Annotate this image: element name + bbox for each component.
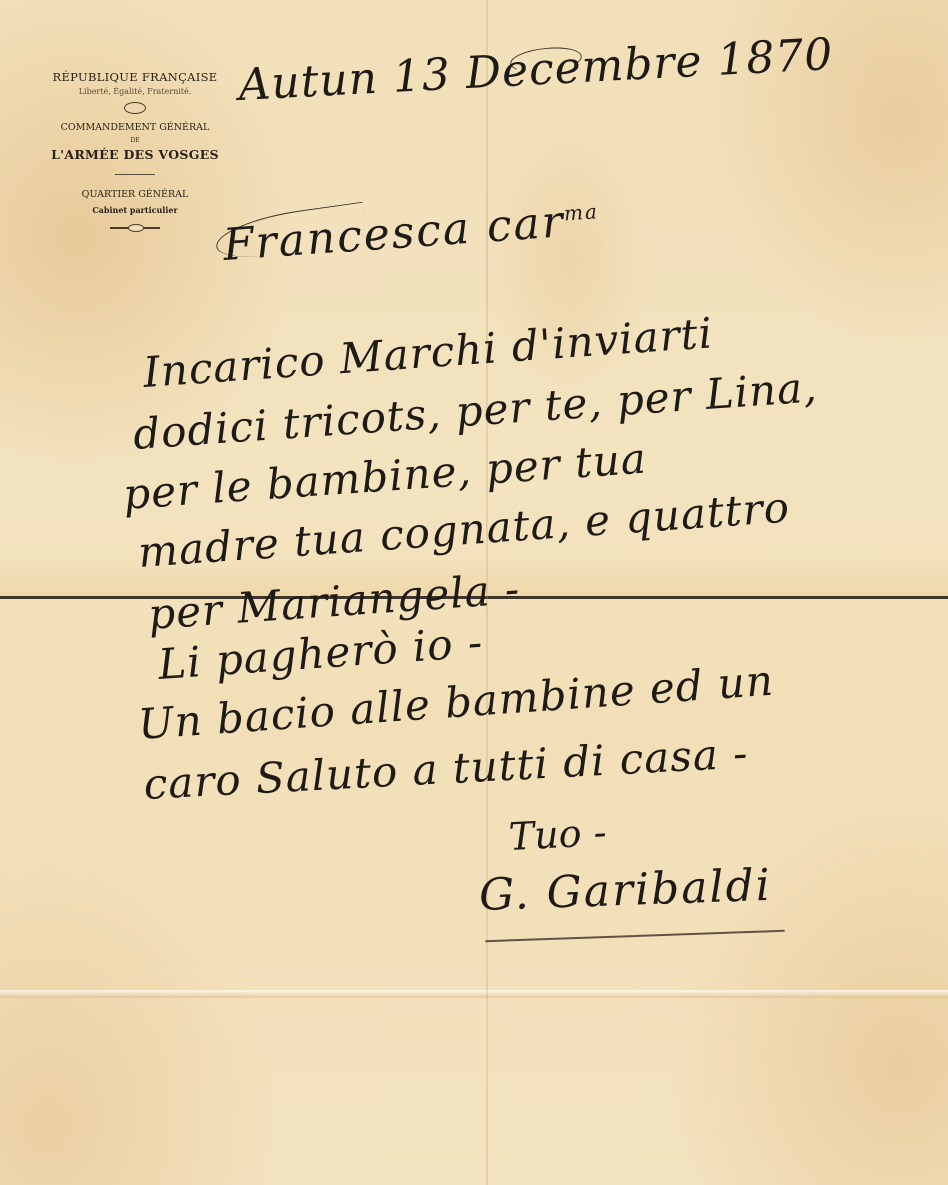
letter-salutation: Francesca carma	[221, 194, 601, 271]
fold-crease-lower	[0, 990, 948, 998]
letter-closing: Tuo -	[508, 810, 608, 859]
letterhead-republique: RÉPUBLIQUE FRANÇAISE	[30, 70, 240, 84]
letterhead-motto: Liberté, Égalité, Fraternité.	[30, 87, 240, 96]
salutation-superscript: ma	[563, 199, 599, 225]
letterhead-commandement: COMMANDEMENT GÉNÉRAL	[30, 122, 240, 133]
letter-date: Autun 13 Decembre 1870	[237, 29, 834, 111]
salutation-text: Francesca car	[221, 196, 566, 271]
letter-paper: RÉPUBLIQUE FRANÇAISE Liberté, Égalité, F…	[0, 0, 948, 1185]
flourish-ornament-icon	[110, 227, 160, 229]
letterhead: RÉPUBLIQUE FRANÇAISE Liberté, Égalité, F…	[30, 70, 240, 229]
letterhead-rule	[115, 174, 155, 175]
signature-underline	[485, 930, 785, 942]
letter-signature: G. Garibaldi	[478, 860, 772, 921]
letterhead-cabinet: Cabinet particulier	[30, 205, 240, 215]
letterhead-quartier: QUARTIER GÉNÉRAL	[30, 189, 240, 200]
letterhead-armee: L'ARMÉE DES VOSGES	[30, 147, 240, 162]
letterhead-de: DE	[30, 137, 240, 144]
ornament-icon	[124, 102, 146, 114]
